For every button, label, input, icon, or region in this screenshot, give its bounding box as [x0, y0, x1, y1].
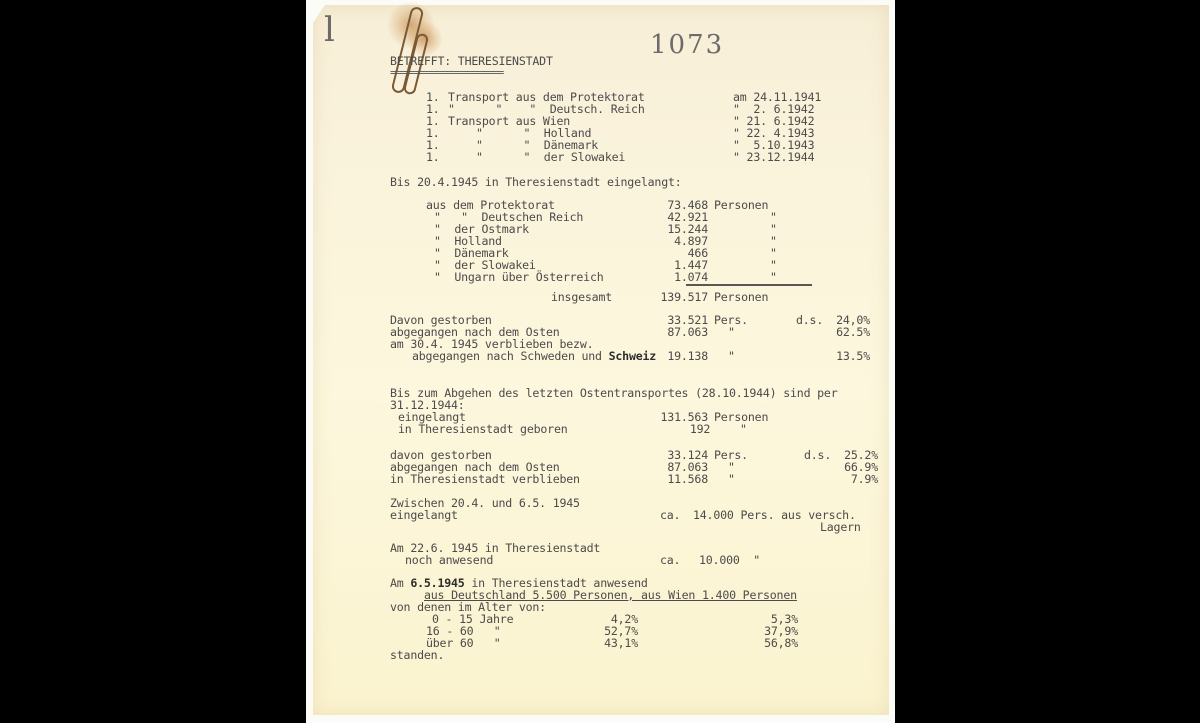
closing-word: standen.: [390, 649, 444, 661]
east-arrival-count: 192: [660, 423, 740, 435]
age-vienna-pct: 56,8%: [740, 637, 798, 649]
outcome-label: abgegangen nach Schweden und Schweiz: [412, 350, 656, 362]
arrivals-total-count: 139.517: [660, 291, 708, 303]
arrival-unit: Personen: [714, 199, 768, 211]
arrival-label: " Ungarn über Österreich: [434, 271, 604, 283]
total-rule: [686, 284, 812, 286]
outcome-pct: 62.5%: [820, 326, 870, 338]
outcome-label-text: abgegangen nach Schweden und: [412, 349, 609, 363]
outcome-label-bold: Schweiz: [609, 349, 656, 363]
arrival-unit: ": [770, 271, 777, 283]
handwritten-margin-mark: l: [324, 10, 335, 50]
june-line2: noch anwesend: [405, 554, 493, 566]
transport-date: " 23.12.1944: [733, 151, 814, 163]
outcome-pct: 7.9%: [826, 473, 878, 485]
june-value: 10.000 ": [699, 554, 760, 566]
arrivals-total-unit: Personen: [714, 291, 768, 303]
between-approx: ca.: [660, 509, 680, 521]
outcome-count: 19.138: [660, 350, 708, 362]
transport-label: " " der Slowakei: [476, 151, 625, 163]
outcome-count: 87.063: [660, 326, 708, 338]
arrivals-heading: Bis 20.4.1945 in Theresienstadt eingelan…: [390, 176, 682, 188]
outcome-unit: ": [728, 473, 735, 485]
outcome-pct: 13.5%: [820, 350, 870, 362]
may-line1-prefix: Am: [390, 576, 410, 590]
arrivals-total-label: insgesamt: [551, 291, 612, 303]
handwritten-page-number: 1073: [650, 30, 724, 60]
outcome-unit: ": [728, 326, 735, 338]
outcome-count: 11.568: [660, 473, 708, 485]
between-value-line2: Lagern: [820, 521, 861, 533]
arrival-count: 1.074: [660, 271, 708, 283]
east-arrival-label: in Theresienstadt geboren: [398, 423, 568, 435]
age-germany-pct: 43,1%: [580, 637, 638, 649]
june-approx: ca.: [660, 554, 680, 566]
east-arrival-unit: ": [740, 423, 747, 435]
outcome-unit: ": [728, 350, 735, 362]
outcome-label: in Theresienstadt verblieben: [390, 473, 580, 485]
subject-underline: ======================: [390, 66, 503, 79]
between-line2: eingelangt: [390, 509, 458, 521]
transport-num: 1.: [426, 151, 440, 163]
